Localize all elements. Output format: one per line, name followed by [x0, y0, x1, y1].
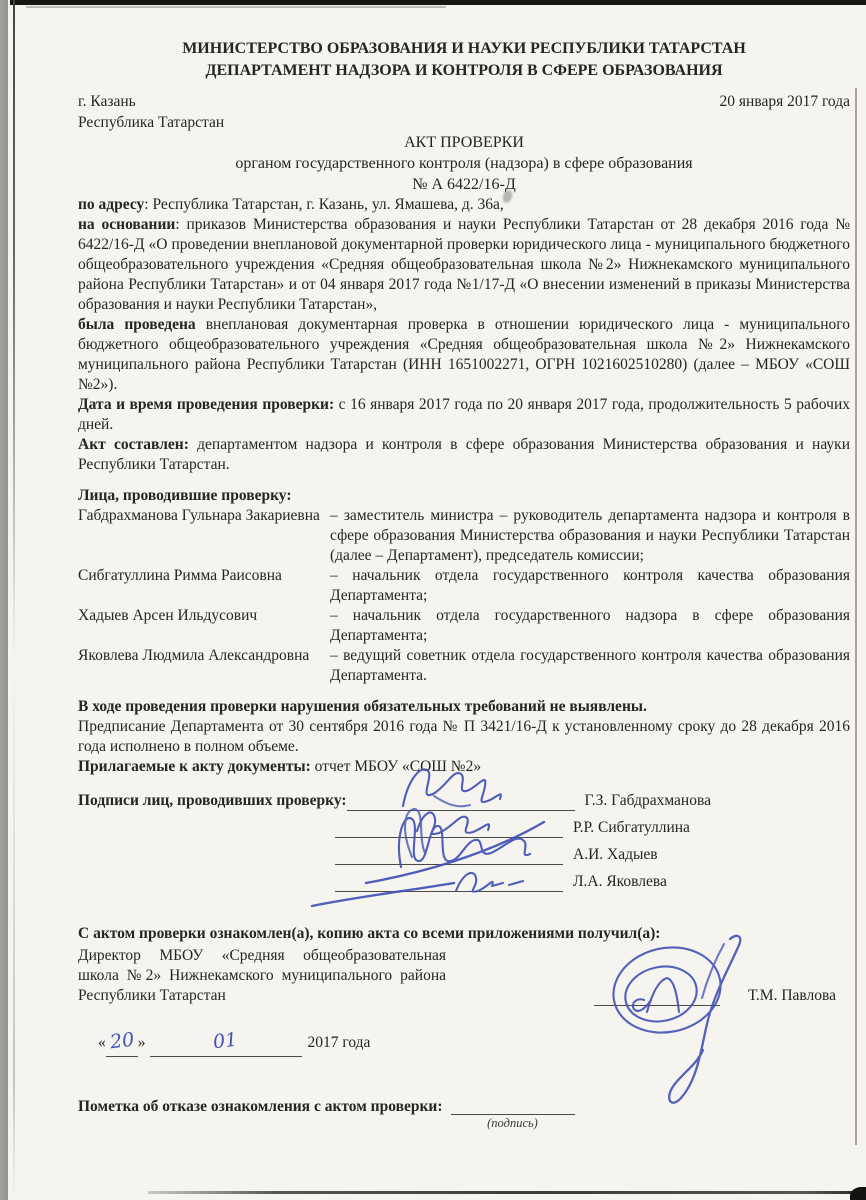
signature-row: А.И. Хадыев: [335, 838, 850, 865]
handwritten-day: 20: [106, 1030, 138, 1057]
signature-line: [335, 870, 563, 892]
results-statement: В ходе проведения проверки нарушения обя…: [78, 697, 850, 717]
act-title: АКТ ПРОВЕРКИ: [78, 132, 850, 153]
scan-edge-left-band: [0, 0, 8, 1200]
scan-edge-bottom: [148, 1191, 866, 1194]
acknowledgment-date-row: «20»012017 года: [98, 1030, 850, 1057]
acknowledgment-section: С актом проверки ознакомлен(а), копию ак…: [78, 924, 850, 1006]
recipient-signature-line: [594, 985, 720, 1006]
place-date-row: г. Казань 20 января 2017 года: [78, 91, 850, 112]
refusal-signature-line: [451, 1097, 575, 1115]
refusal-caption: (подпись): [487, 1116, 538, 1131]
refusal-label: Пометка об отказе ознакомления с актом п…: [78, 1097, 443, 1117]
quote-close: »: [138, 1034, 146, 1051]
paragraph-basis-text: : приказов Министерства образования и на…: [78, 216, 850, 313]
place-region: Республика Татарстан: [78, 112, 850, 133]
scan-edge-top: [10, 0, 866, 5]
paragraph-composed-text: департаментом надзора и контроля в сфере…: [78, 436, 850, 473]
paragraph-basis: на основании: приказов Министерства обра…: [78, 215, 850, 315]
person-role: – начальник отдела государственного конт…: [330, 566, 850, 606]
act-subtitle: органом государственного контроля (надзо…: [78, 153, 850, 174]
signature-row: Подписи лиц, проводивших проверку: Г.З. …: [78, 784, 850, 811]
person-name: Габдрахманова Гульнара Закариевна: [78, 506, 330, 566]
department-name: ДЕПАРТАМЕНТ НАДЗОРА И КОНТРОЛЯ В СФЕРЕ О…: [78, 60, 850, 82]
recipient-name: Т.М. Павлова: [748, 986, 836, 1006]
person-name: Сибгатуллина Римма Раисовна: [78, 566, 330, 606]
paragraph-conducted: была проведена внеплановая документарная…: [78, 315, 850, 395]
commission-row: Сибгатуллина Римма Раисовна – начальник …: [78, 566, 850, 606]
commission-row: Габдрахманова Гульнара Закариевна – заме…: [78, 506, 850, 566]
scan-edge-right-line: [855, 88, 857, 1145]
person-name: Хадыев Арсен Ильдусович: [78, 606, 330, 646]
paragraph-datetime-label: Дата и время проведения проверки:: [78, 396, 334, 413]
paragraph-address-text: : Республика Татарстан, г. Казань, ул. Я…: [144, 196, 504, 213]
person-role: – ведущий советник отдела государственно…: [330, 646, 850, 686]
paragraph-basis-label: на основании: [78, 216, 175, 233]
acknowledgment-row: Директор МБОУ «Средняя общеобразовательн…: [78, 946, 850, 1006]
place-city: г. Казань: [78, 91, 136, 112]
commission-row: Хадыев Арсен Ильдусович – начальник отде…: [78, 606, 850, 646]
act-title-block: АКТ ПРОВЕРКИ органом государственного ко…: [78, 132, 850, 195]
recipient-sign-area: Т.М. Павлова: [594, 946, 850, 1006]
signature-name: Л.А. Яковлева: [573, 872, 667, 892]
signature-name: Р.Р. Сибгатуллина: [573, 818, 690, 838]
handwritten-month-line: 01: [150, 1030, 302, 1057]
signatures-block: Подписи лиц, проводивших проверку: Г.З. …: [78, 784, 850, 892]
person-role: – начальник отдела государственного надз…: [330, 606, 850, 646]
recipient-title: Директор МБОУ «Средняя общеобразовательн…: [78, 946, 446, 1006]
scan-corner-blob: [850, 1187, 866, 1200]
quote-open: «: [98, 1034, 106, 1051]
paragraph-datetime: Дата и время проведения проверки: с 16 я…: [78, 395, 850, 435]
document-letterhead: МИНИСТЕРСТВО ОБРАЗОВАНИЯ И НАУКИ РЕСПУБЛ…: [78, 38, 850, 82]
commission-row: Яковлева Людмила Александровна – ведущий…: [78, 646, 850, 686]
attachments-label: Прилагаемые к акту документы:: [78, 758, 311, 775]
signature-line: [335, 843, 563, 865]
attachments-line: Прилагаемые к акту документы: отчет МБОУ…: [78, 757, 850, 777]
signature-row: Р.Р. Сибгатуллина: [335, 811, 850, 838]
signature-name: Г.З. Габдрахманова: [585, 791, 711, 811]
paragraph-composed: Акт составлен: департаментом надзора и к…: [78, 435, 850, 475]
scan-edge-left-line: [13, 0, 15, 1200]
paragraph-address: по адресу: Республика Татарстан, г. Каза…: [78, 195, 850, 215]
prescription-statement: Предписание Департамента от 30 сентября …: [78, 717, 850, 757]
scan-edge-top-shadow: [26, 6, 446, 8]
paragraph-conducted-label: была проведена: [78, 316, 196, 333]
signature-name: А.И. Хадыев: [573, 845, 658, 865]
commission-heading: Лица, проводившие проверку:: [78, 486, 850, 506]
person-role: – заместитель министра – руководитель де…: [330, 506, 850, 566]
signatures-label: Подписи лиц, проводивших проверку:: [78, 791, 347, 811]
ministry-name: МИНИСТЕРСТВО ОБРАЗОВАНИЯ И НАУКИ РЕСПУБЛ…: [78, 38, 850, 60]
paragraph-composed-label: Акт составлен:: [78, 436, 189, 453]
document-date: 20 января 2017 года: [720, 91, 850, 112]
signature-row: Л.А. Яковлева: [335, 865, 850, 892]
document-content: МИНИСТЕРСТВО ОБРАЗОВАНИЯ И НАУКИ РЕСПУБЛ…: [78, 38, 850, 1131]
scanned-document-page: МИНИСТЕРСТВО ОБРАЗОВАНИЯ И НАУКИ РЕСПУБЛ…: [0, 0, 866, 1200]
signature-line: [347, 789, 575, 811]
person-name: Яковлева Людмила Александровна: [78, 646, 330, 686]
paragraph-address-label: по адресу: [78, 196, 144, 213]
act-number: № А 6422/16-Д: [78, 174, 850, 195]
signature-line: [335, 816, 563, 838]
acknowledgment-heading: С актом проверки ознакомлен(а), копию ак…: [78, 924, 850, 944]
refusal-sign-slot: (подпись): [451, 1097, 575, 1131]
attachments-text: отчет МБОУ «СОШ №2»: [311, 758, 481, 775]
refusal-note-row: Пометка об отказе ознакомления с актом п…: [78, 1097, 850, 1131]
date-year-suffix: 2017 года: [308, 1034, 371, 1051]
